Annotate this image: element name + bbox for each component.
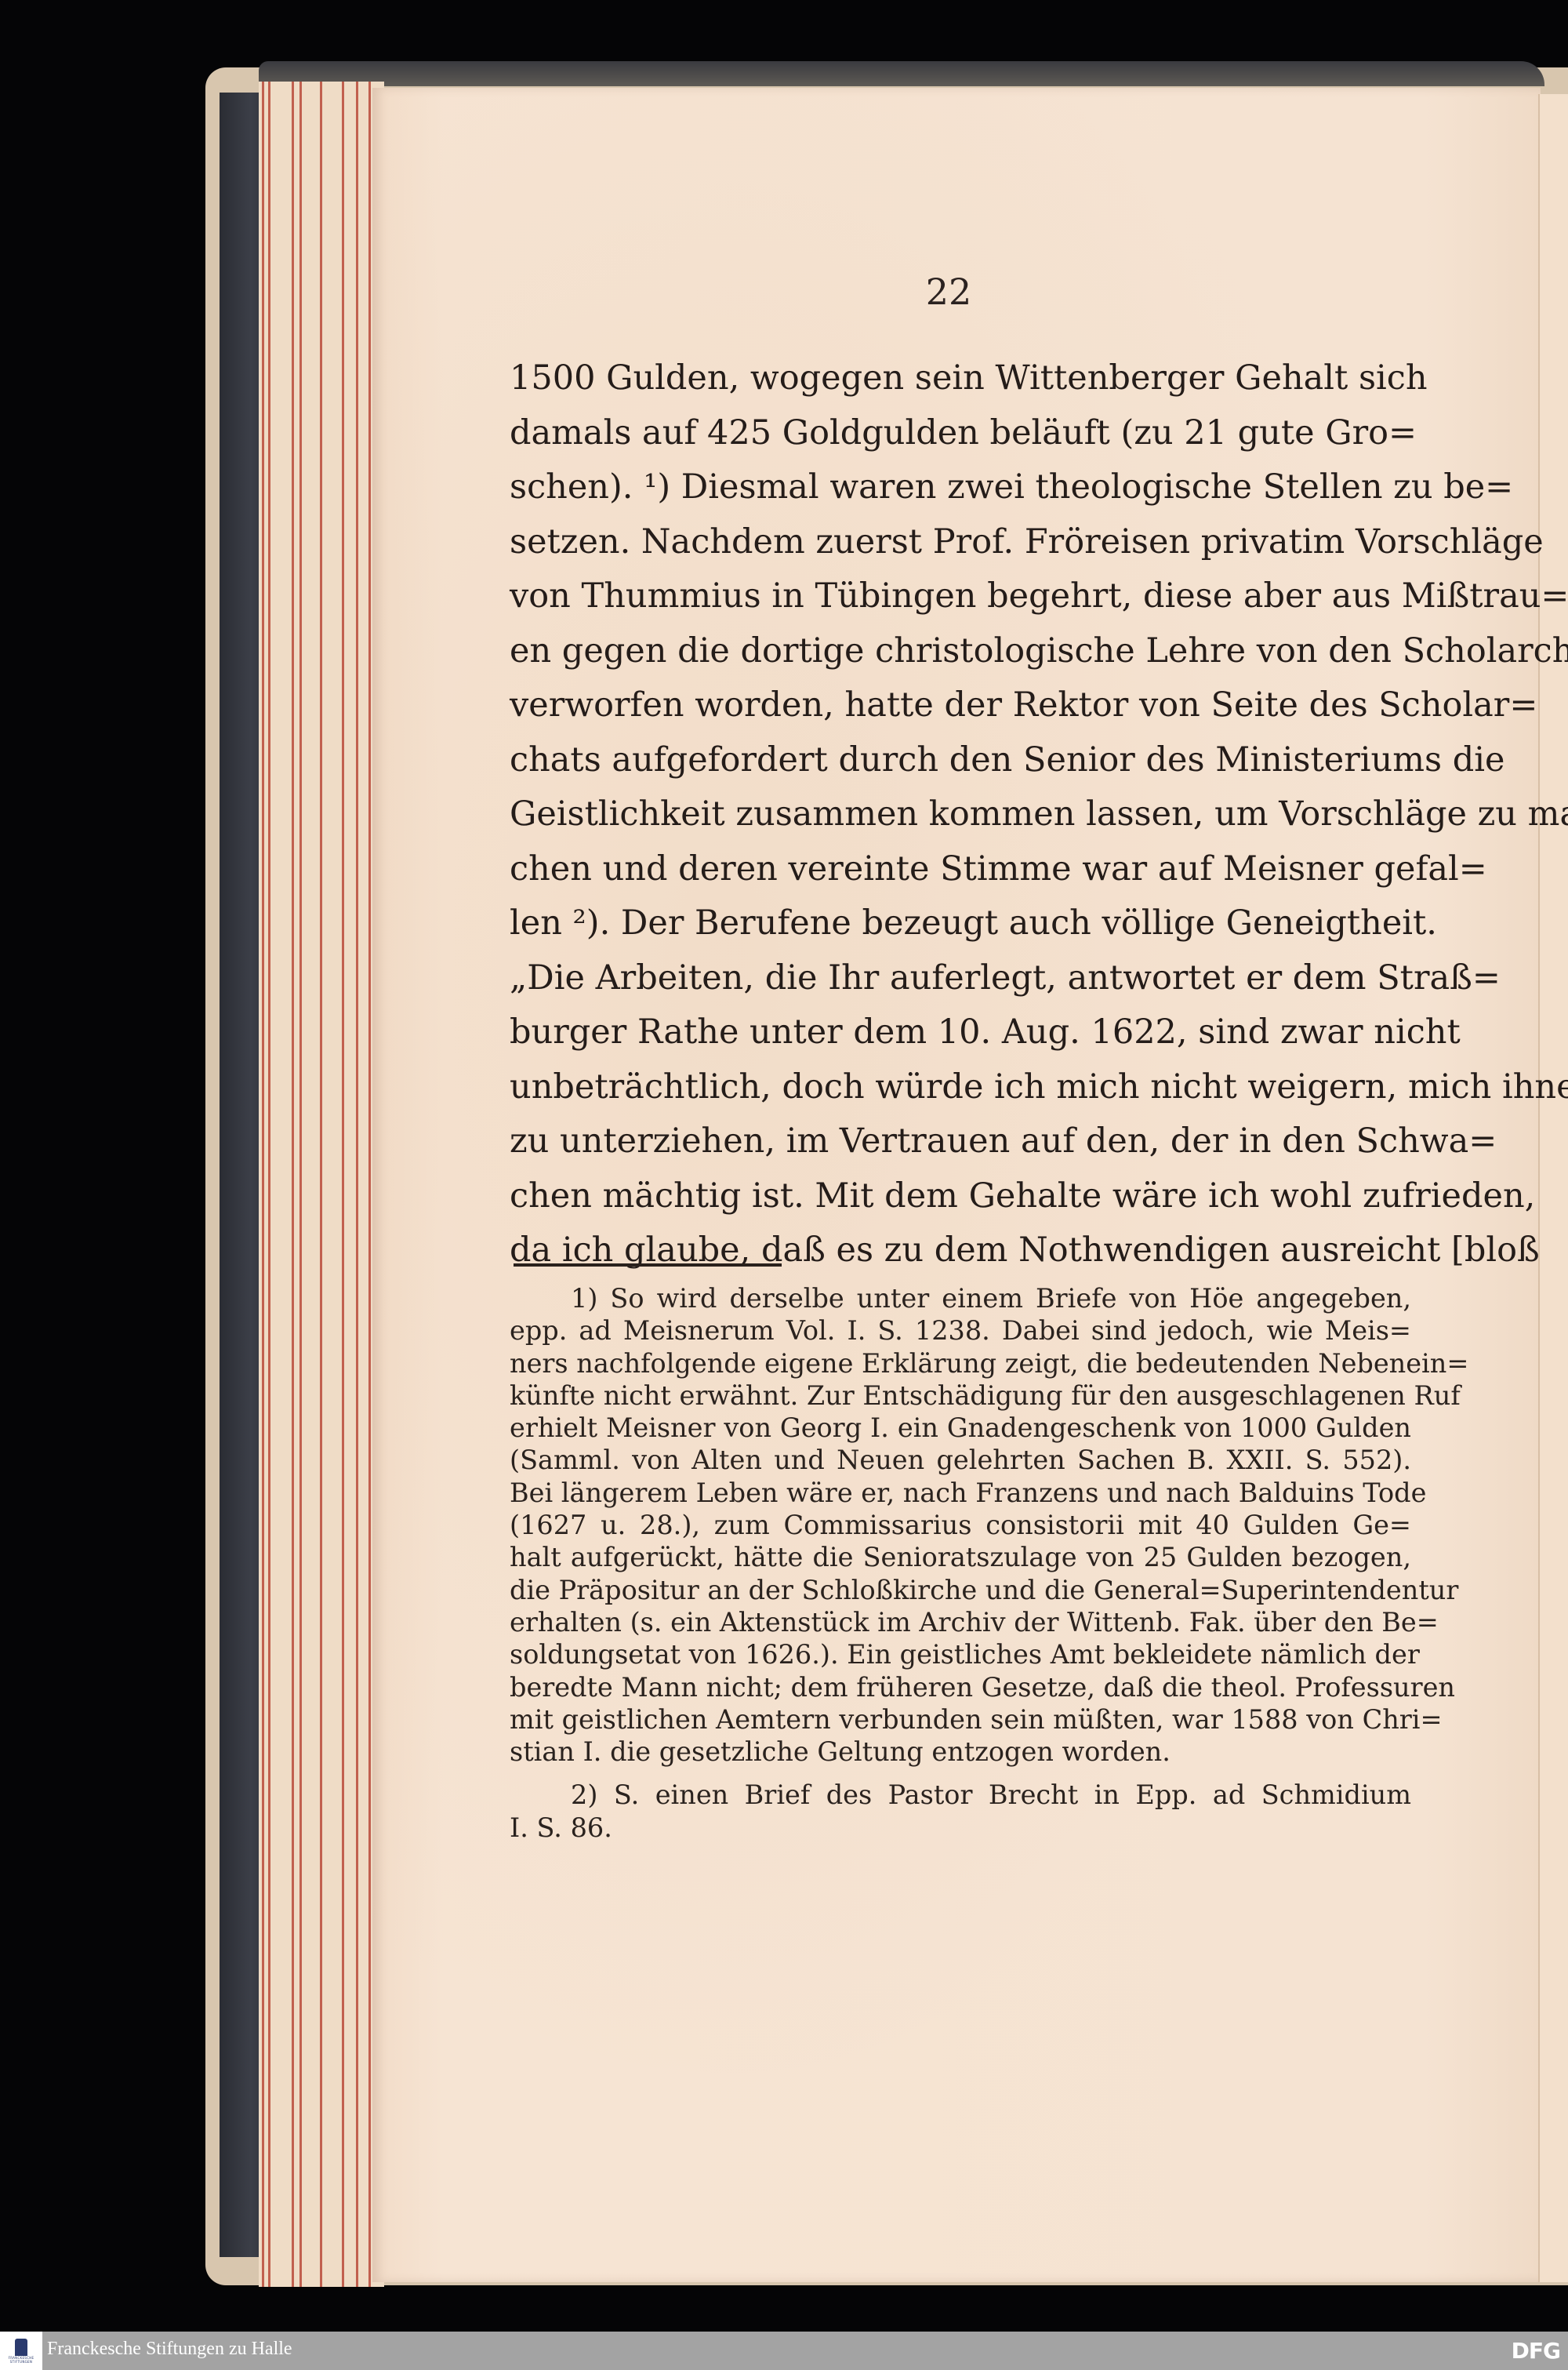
footnote-1-line: soldungsetat von 1626.). Ein geistliches… bbox=[510, 1638, 1411, 1670]
footnote-1-line: stian I. die gesetzliche Geltung entzoge… bbox=[510, 1736, 1411, 1768]
text-line: Geistlichkeit zusammen kommen lassen, um… bbox=[510, 787, 1411, 842]
page-edge-red-line bbox=[299, 82, 302, 2287]
text-line: unbeträchtlich, doch würde ich mich nich… bbox=[510, 1060, 1411, 1115]
page-edge-red-line bbox=[268, 82, 270, 2287]
footnote-1-line: (Samml. von Alten und Neuen gelehrten Sa… bbox=[510, 1444, 1411, 1476]
footnote-1-line: halt aufgerückt, hätte die Senioratszula… bbox=[510, 1541, 1411, 1573]
text-line: zu unterziehen, im Vertrauen auf den, de… bbox=[510, 1114, 1411, 1169]
page-number: 22 bbox=[917, 271, 980, 313]
page-edge-red-line bbox=[368, 82, 371, 2287]
footnote-1-line: (1627 u. 28.), zum Commissarius consisto… bbox=[510, 1509, 1411, 1541]
footnote-1-line: Bei längerem Leben wäre er, nach Franzen… bbox=[510, 1477, 1411, 1509]
footnote-gap bbox=[510, 1768, 1411, 1779]
institution-name[interactable]: Franckesche Stiftungen zu Halle bbox=[47, 2339, 292, 2360]
main-text-block: 1500 Gulden, wogegen sein Wittenberger G… bbox=[510, 351, 1411, 1278]
footnote-2-line: I. S. 86. bbox=[510, 1812, 1411, 1844]
institution-emblem-icon bbox=[15, 2339, 27, 2356]
logo-caption-line2: STIFTUNGEN bbox=[10, 2360, 32, 2364]
text-line: chen mächtig ist. Mit dem Gehalte wäre i… bbox=[510, 1169, 1411, 1224]
footnote-1-line: erhalten (s. ein Aktenstück im Archiv de… bbox=[510, 1606, 1411, 1638]
text-line: burger Rathe unter dem 10. Aug. 1622, si… bbox=[510, 1005, 1411, 1060]
footnote-1-line: 1) So wird derselbe unter einem Briefe v… bbox=[510, 1282, 1411, 1314]
viewer-footer-bar: FRANCKESCHE STIFTUNGEN Franckesche Stift… bbox=[0, 2332, 1568, 2370]
text-line: en gegen die dortige christologische Leh… bbox=[510, 624, 1411, 679]
footnote-2-line: 2) S. einen Brief des Pastor Brecht in E… bbox=[510, 1779, 1411, 1811]
page-edge-red-line bbox=[342, 82, 344, 2287]
footnote-separator-rule bbox=[514, 1263, 782, 1267]
text-line: „Die Arbeiten, die Ihr auferlegt, antwor… bbox=[510, 951, 1411, 1006]
dfg-logo[interactable]: DFG bbox=[1512, 2338, 1560, 2364]
logo-caption: FRANCKESCHE STIFTUNGEN bbox=[9, 2356, 34, 2364]
text-line: verworfen worden, hatte der Rektor von S… bbox=[510, 678, 1411, 733]
footnote-1-line: mit geistlichen Aemtern verbunden sein m… bbox=[510, 1703, 1411, 1736]
page-edge-red-line bbox=[262, 82, 264, 2287]
footnote-1-line: ners nachfolgende eigene Erklärung zeigt… bbox=[510, 1347, 1411, 1379]
book-cover-top-edge bbox=[259, 61, 1544, 86]
page-edge-red-line bbox=[320, 82, 322, 2287]
text-line: len ²). Der Berufene bezeugt auch völlig… bbox=[510, 896, 1411, 951]
text-line: setzen. Nachdem zuerst Prof. Fröreisen p… bbox=[510, 515, 1411, 570]
text-line: chen und deren vereinte Stimme war auf M… bbox=[510, 842, 1411, 897]
page-edge-red-line bbox=[356, 82, 358, 2287]
page-edge-red-line bbox=[292, 82, 294, 2287]
footnote-1-line: erhielt Meisner von Georg I. ein Gnadeng… bbox=[510, 1412, 1411, 1444]
text-line: 1500 Gulden, wogegen sein Wittenberger G… bbox=[510, 351, 1411, 406]
text-line: schen). ¹) Diesmal waren zwei theologisc… bbox=[510, 460, 1411, 515]
footnote-1-line: die Präpositur an der Schloßkirche und d… bbox=[510, 1574, 1411, 1606]
footnote-1-line: epp. ad Meisnerum Vol. I. S. 1238. Dabei… bbox=[510, 1314, 1411, 1347]
page-edges-stack bbox=[259, 82, 384, 2287]
text-line: damals auf 425 Goldgulden beläuft (zu 21… bbox=[510, 406, 1411, 461]
footnote-1-line: künfte nicht erwähnt. Zur Entschädigung … bbox=[510, 1379, 1411, 1412]
text-line: von Thummius in Tübingen begehrt, diese … bbox=[510, 569, 1411, 624]
footnotes-block: 1) So wird derselbe unter einem Briefe v… bbox=[510, 1282, 1411, 1844]
franckesche-stiftungen-logo[interactable]: FRANCKESCHE STIFTUNGEN bbox=[0, 2332, 42, 2370]
text-line: chats aufgefordert durch den Senior des … bbox=[510, 733, 1411, 788]
text-line: da ich glaube, daß es zu dem Nothwendige… bbox=[510, 1223, 1411, 1278]
footnote-1-line: beredte Mann nicht; dem früheren Gesetze… bbox=[510, 1671, 1411, 1703]
opposite-page-edge bbox=[1538, 94, 1568, 2282]
